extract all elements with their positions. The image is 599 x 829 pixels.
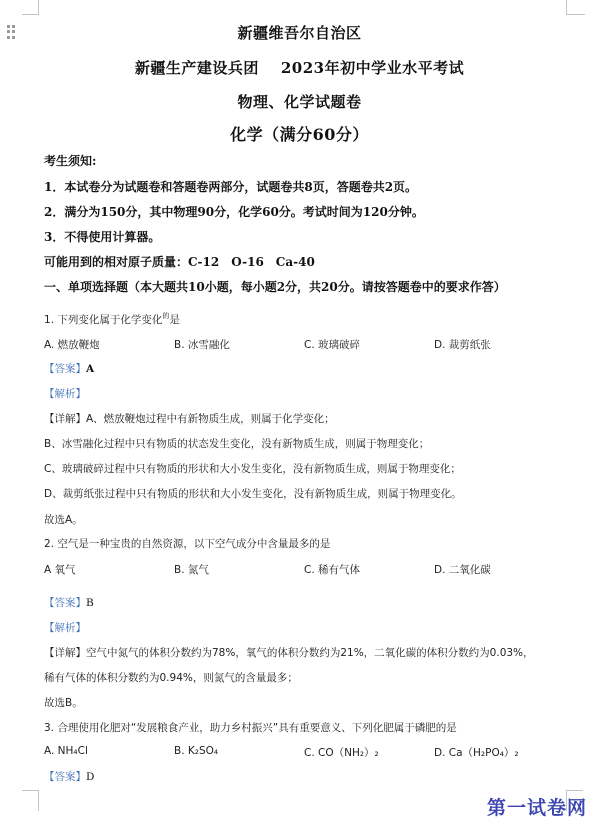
detail-line: 稀有气体的体积分数约为0.94%，则氮气的含量最多； <box>44 670 298 685</box>
detail-line: C、玻璃破碎过程中只有物质的形状和大小发生变化，没有新物质生成，则属于物理变化； <box>44 461 461 476</box>
option-a: A 氧气 <box>44 562 76 577</box>
section-title: 一、单项选择题（本大题共10小题，每小题2分，共20分。请按答题卷中的要求作答） <box>44 278 506 295</box>
option-b: B. 氮气 <box>174 562 209 577</box>
header-region: 新疆维吾尔自治区 <box>0 22 599 43</box>
option-a: A. 燃放鞭炮 <box>44 337 100 352</box>
answer-tag: 【答案】 <box>44 597 86 609</box>
notice-title: 考生须知: <box>44 152 96 169</box>
analysis-tag: 【解析】 <box>44 386 86 401</box>
answer-value: A <box>86 363 94 375</box>
answer-tag: 【答案】 <box>44 771 86 783</box>
option-c: C. 稀有气体 <box>304 562 360 577</box>
option-d: D. 二氧化碳 <box>434 562 491 577</box>
answer-value: D <box>86 771 94 783</box>
option-c: C. CO（NH₂）₂ <box>304 745 379 760</box>
header-exam-title: 新疆生产建设兵团2023年初中学业水平考试 <box>0 57 599 78</box>
option-d: D. 裁剪纸张 <box>434 337 491 352</box>
conclusion: 故选A。 <box>44 512 83 527</box>
atomic-mass: 可能用到的相对原子质量：C-12 O-16 Ca-40 <box>44 253 315 270</box>
notice-item: 1．本试卷分为试题卷和答题卷两部分，试题卷共8页，答题卷共2页。 <box>44 178 417 195</box>
answer-line: 【答案】B <box>44 595 94 610</box>
site-watermark: 第一试卷网 <box>487 793 587 820</box>
question-stem: 2. 空气是一种宝贵的自然资源，以下空气成分中含量最多的是 <box>44 536 330 551</box>
header-score: 化学（满分60分） <box>0 122 599 145</box>
analysis-tag: 【解析】 <box>44 620 86 635</box>
detail-line: 【详解】空气中氮气的体积分数约为78%，氧气的体积分数约为21%，二氧化碳的体积… <box>44 645 534 660</box>
answer-value: B <box>86 597 94 609</box>
header-corps: 新疆生产建设兵团 <box>135 59 259 77</box>
option-a: A. NH₄Cl <box>44 745 88 757</box>
page-corner-mark-top-right <box>566 0 585 15</box>
detail-line: 【详解】A、燃放鞭炮过程中有新物质生成，则属于化学变化； <box>44 411 335 426</box>
notice-item: 2．满分为150分，其中物理90分，化学60分。考试时间为120分钟。 <box>44 203 424 220</box>
page-corner-mark-bottom-left <box>22 790 39 811</box>
header-exam-name: 2023年初中学业水平考试 <box>281 59 464 77</box>
answer-line: 【答案】A <box>44 361 94 376</box>
detail-line: B、冰雪融化过程中只有物质的状态发生变化，没有新物质生成，则属于物理变化； <box>44 436 429 451</box>
header-subject: 物理、化学试题卷 <box>0 91 599 112</box>
question-stem: 3. 合理使用化肥对“发展粮食产业，助力乡村振兴”具有重要意义、下列化肥属于磷肥… <box>44 720 457 735</box>
notice-item: 3．不得使用计算器。 <box>44 228 160 245</box>
question-stem: 1. 下列变化属于化学变化的是 <box>44 311 180 327</box>
conclusion: 故选B。 <box>44 695 83 710</box>
detail-line: D、裁剪纸张过程中只有物质的形状和大小发生变化，没有新物质生成，则属于物理变化。 <box>44 486 462 501</box>
answer-tag: 【答案】 <box>44 363 86 375</box>
option-c: C. 玻璃破碎 <box>304 337 360 352</box>
option-d: D. Ca（H₂PO₄）₂ <box>434 745 519 760</box>
page-corner-mark-top-left <box>22 0 39 15</box>
answer-line: 【答案】D <box>44 769 94 784</box>
option-b: B. 冰雪融化 <box>174 337 230 352</box>
option-b: B. K₂SO₄ <box>174 745 218 757</box>
